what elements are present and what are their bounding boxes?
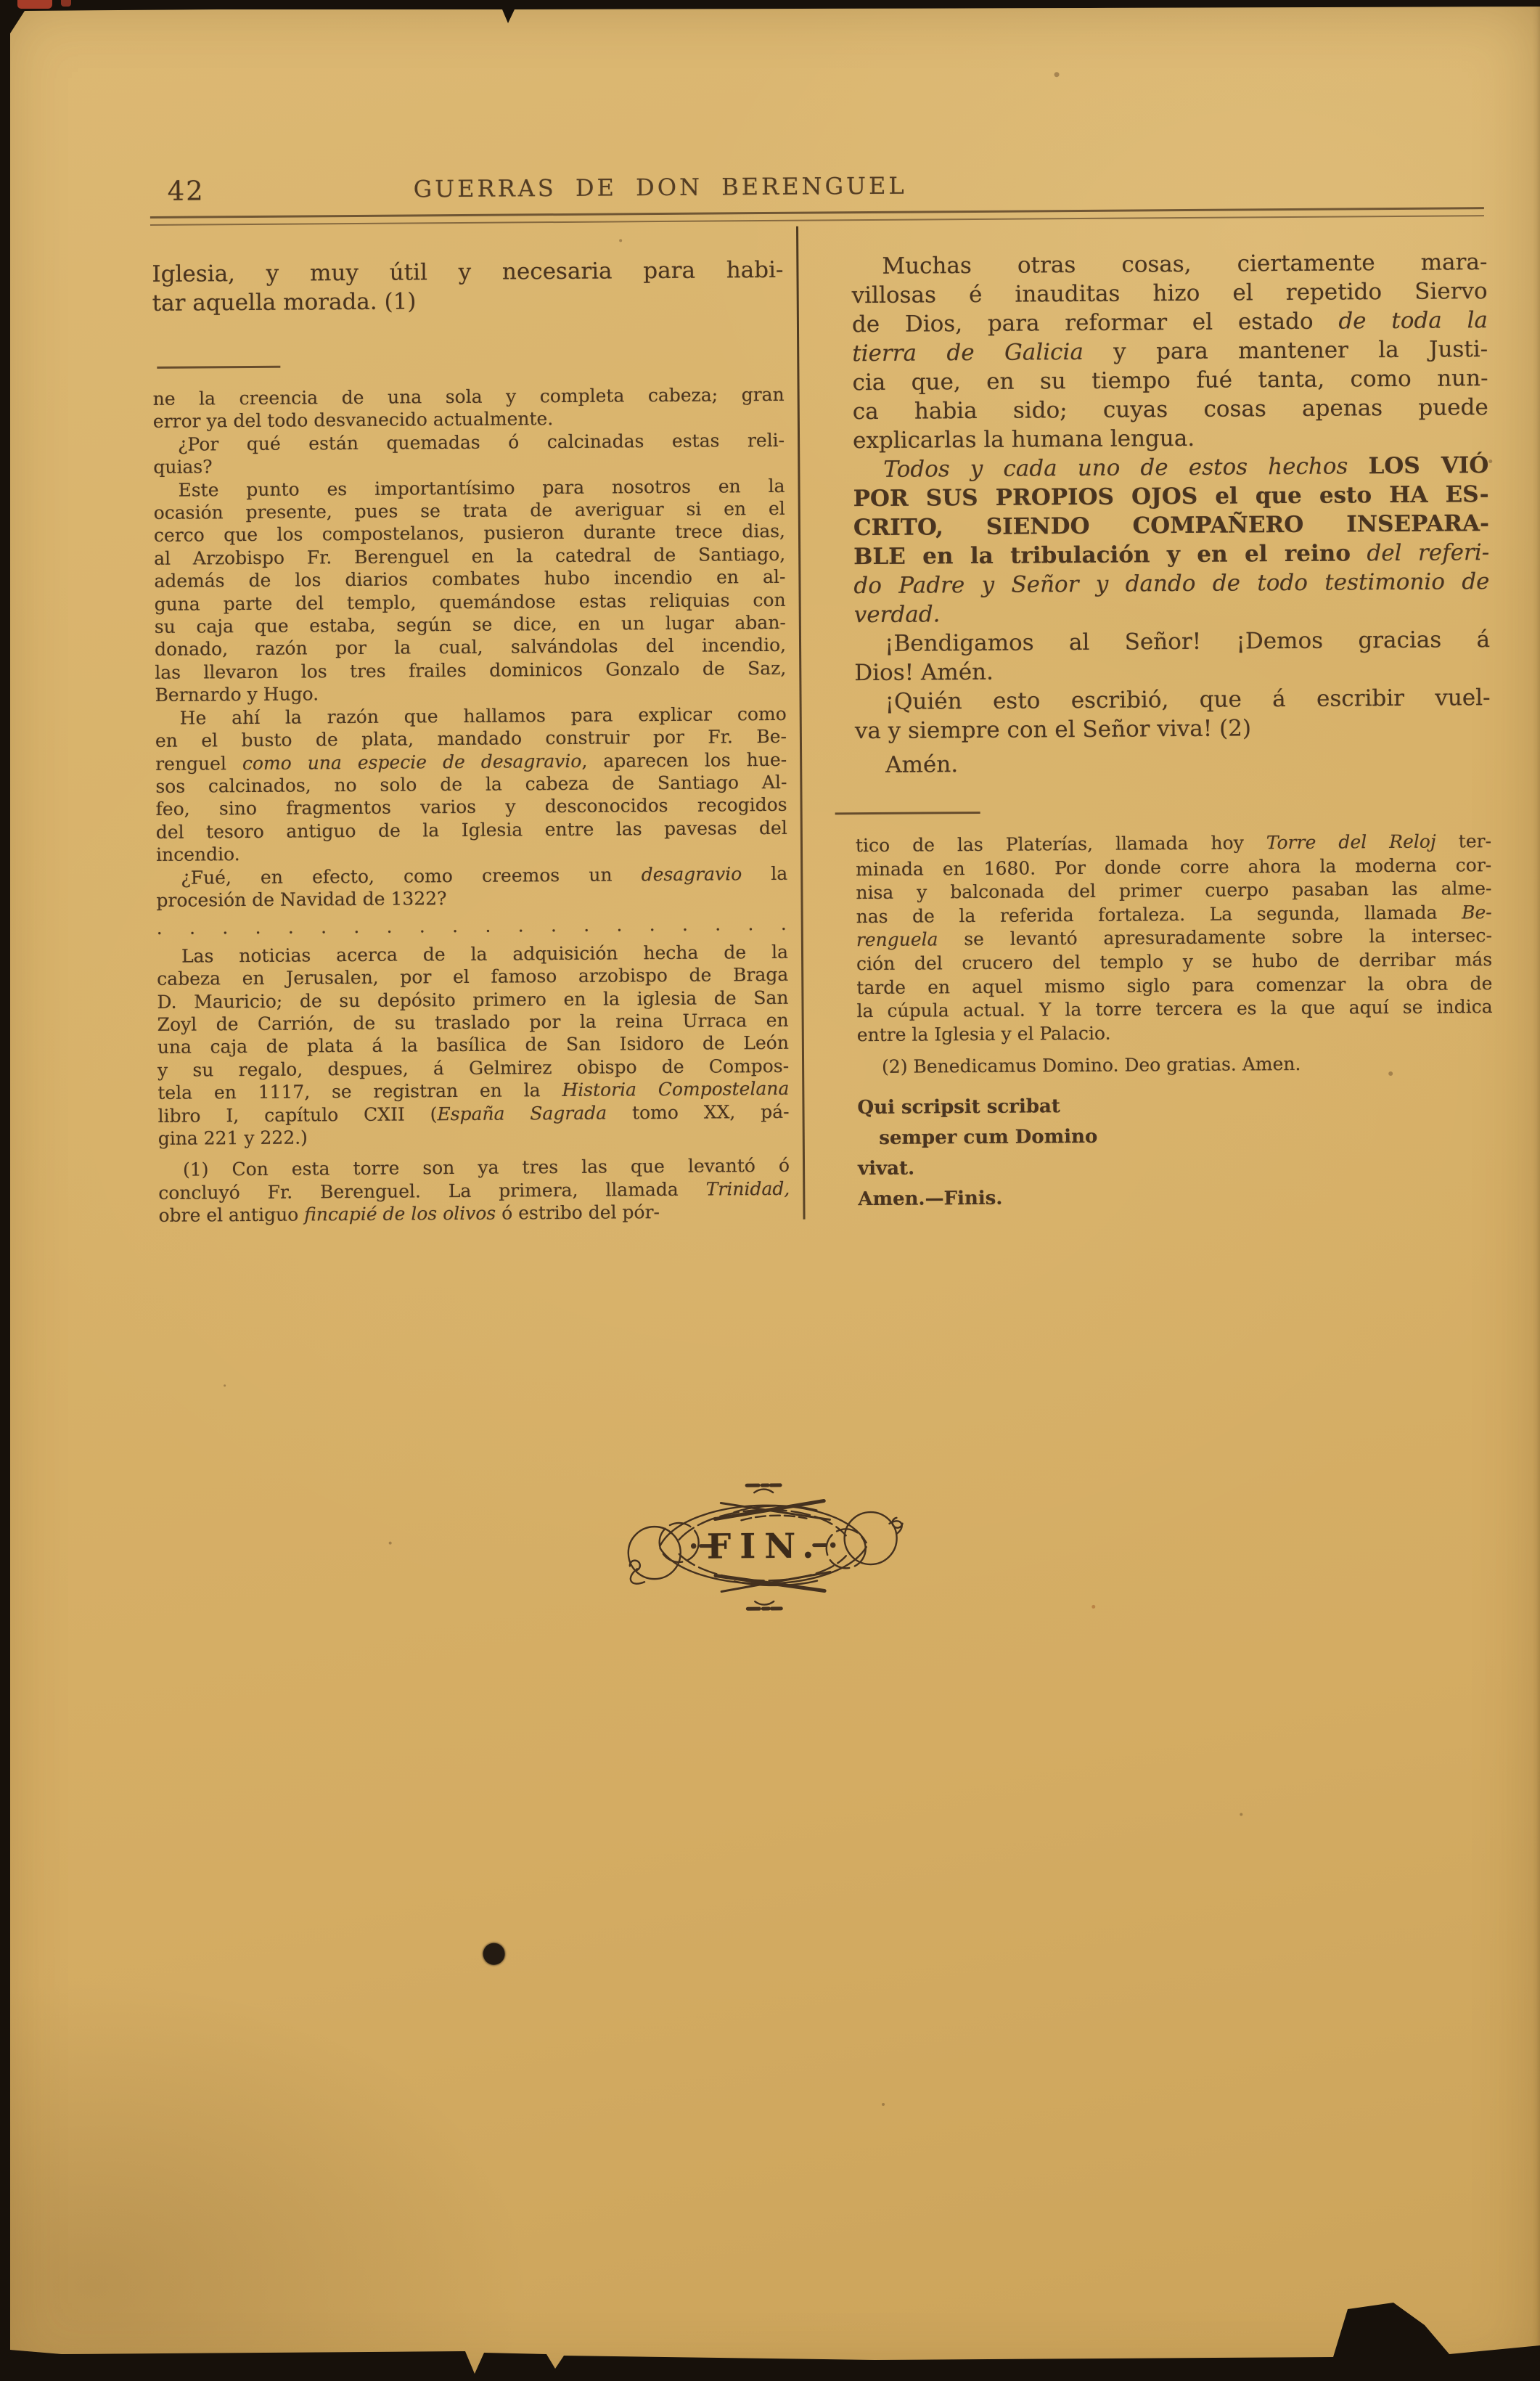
text-line: Todos y cada uno de estos hechos LOS VIÓ xyxy=(853,451,1488,484)
text-line: explicarlas la humana lengua. xyxy=(853,422,1488,455)
text-line: do Padre y Señor y dando de todo testimo… xyxy=(853,567,1489,600)
paper-speck xyxy=(389,1542,392,1545)
paper-speck xyxy=(882,2103,885,2106)
text-line: Amén. xyxy=(855,746,1491,780)
text-line: ne la creencia de una sola y completa ca… xyxy=(153,383,785,410)
text-line: tierra de Galicia y para mantener la Jus… xyxy=(852,335,1488,368)
text-line: villosas é inauditas hizo el repetido Si… xyxy=(852,277,1488,310)
paper-speck xyxy=(1091,1605,1095,1609)
text-line: de Dios, para reformar el estado de toda… xyxy=(852,306,1488,339)
left-column-footnote-text: ne la creencia de una sola y completa ca… xyxy=(153,383,790,1228)
text-line: ción del crucero del templo y se hubo de… xyxy=(856,948,1492,976)
paper-sheet: 42 GUERRAS DE DON BERENGUEL Iglesia, y m… xyxy=(0,0,1540,2381)
text-line: ¿Fué, en efecto, como creemos un desagra… xyxy=(156,862,787,889)
running-header-title: GUERRAS DE DON BERENGUEL xyxy=(414,172,907,203)
text-line: tar aquella morada. (1) xyxy=(152,285,784,318)
text-line: Amen.—Finis. xyxy=(858,1183,1119,1215)
text-line: las llevaron los tres frailes dominicos … xyxy=(155,657,786,684)
fin-label: FIN. xyxy=(707,1527,823,1567)
red-edge-mark-small xyxy=(61,0,71,7)
text-line: BLE en la tribulación y en el reino del … xyxy=(853,538,1489,571)
fin-ornament: FIN. xyxy=(612,1471,913,1622)
column-divider-rule xyxy=(796,226,806,1220)
left-footnote-separator xyxy=(157,366,280,369)
text-line: Iglesia, y muy útil y necesaria para hab… xyxy=(152,256,783,289)
paper-speck xyxy=(619,239,622,242)
text-line: libro I, capítulo CXII (España Sagrada t… xyxy=(157,1100,789,1127)
text-line: cia que, en su tiempo fué tanta, como nu… xyxy=(852,364,1488,397)
text-line: gina 221 y 222.) xyxy=(158,1123,790,1150)
paper-speck xyxy=(224,1384,226,1386)
header-double-rule xyxy=(150,207,1484,226)
text-line: concluyó Fr. Berenguel. La primera, llam… xyxy=(158,1177,790,1204)
right-column-main-text: Muchas otras cosas, ciertamente mara-vil… xyxy=(851,248,1491,780)
text-line: ca habia sido; cuyas cosas apenas puede xyxy=(853,393,1488,426)
text-line: ¿Por qué están quemadas ó calcinadas est… xyxy=(153,429,785,456)
page-content: 42 GUERRAS DE DON BERENGUEL Iglesia, y m… xyxy=(0,0,1540,2381)
text-line: ¡Quién esto escribió, que á escribir vue… xyxy=(854,683,1490,716)
text-line: entre la Iglesia y el Palacio. xyxy=(857,1019,1493,1047)
text-line: (2) Benedicamus Domino. Deo gratias. Ame… xyxy=(857,1051,1493,1079)
paper-speck xyxy=(1054,72,1060,77)
text-line: Muchas otras cosas, ciertamente mara- xyxy=(851,248,1487,281)
right-footnote-separator xyxy=(835,812,980,814)
paper-speck xyxy=(1388,1071,1393,1076)
text-line: procesión de Navidad de 1322? xyxy=(156,885,787,912)
left-column-main-text: Iglesia, y muy útil y necesaria para hab… xyxy=(152,256,784,318)
text-line: verdad. xyxy=(854,596,1490,629)
text-line: POR SUS PROPIOS OJOS el que esto HA ES- xyxy=(853,480,1489,513)
text-line: del tesoro antiguo de la Iglesia entre l… xyxy=(156,817,787,844)
text-line: obre el antiguo fincapié de los olivos ó… xyxy=(158,1200,790,1227)
text-line: Dios! Amén. xyxy=(854,654,1490,687)
text-line: Qui scripsit scribat xyxy=(857,1091,1118,1124)
paper-speck xyxy=(1488,460,1492,463)
red-edge-mark xyxy=(17,0,52,9)
text-line: CRITO, SIENDO COMPAÑERO INSEPARA- xyxy=(853,509,1489,542)
text-line: semper cum Domino vivat. xyxy=(858,1122,1120,1185)
scanned-book-page: 42 GUERRAS DE DON BERENGUEL Iglesia, y m… xyxy=(0,0,1540,2381)
text-line: la cúpula actual. Y la torre tercera es … xyxy=(856,995,1492,1024)
paper-speck xyxy=(1240,1813,1242,1816)
text-line: va y siempre con el Señor viva! (2) xyxy=(855,712,1491,746)
latin-colophon: Qui scripsit scribatsemper cum Domino vi… xyxy=(857,1091,1119,1215)
text-line: ¡Bendigamos al Señor! ¡Demos gracias á xyxy=(854,625,1490,658)
right-column-footnote-text: tico de las Platerías, llamada hoy Torre… xyxy=(856,830,1493,1079)
ink-spot xyxy=(483,1943,505,1965)
text-line: . . . . . . . . . . . . . . . . . . . . xyxy=(157,912,788,939)
page-number: 42 xyxy=(168,175,205,206)
